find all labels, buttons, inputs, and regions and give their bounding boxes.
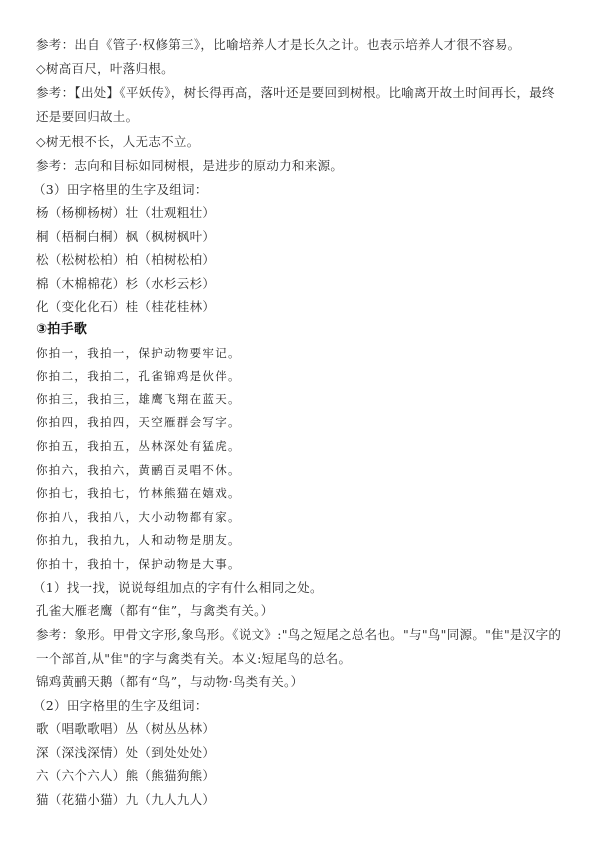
proverb-line: ◇树高百尺，叶落归根。: [36, 61, 174, 77]
section-title: （3）田字格里的生字及组词：: [33, 182, 208, 198]
song-verse: 你拍四，我拍四，天空雁群会写字。: [36, 414, 241, 430]
song-verse: 你拍八，我拍八，大小动物都有家。: [36, 509, 241, 525]
song-verse: 你拍一，我拍一，保护动物要牢记。: [36, 345, 241, 361]
vocab-item: 歌（唱歌歌唱）丛（树丛丛林）: [36, 721, 215, 737]
reference-text: 参考：【出处】《平妖传》，树长得再高，落叶还是要回到树根。比喻离开故土时间再长，…: [36, 81, 566, 128]
word-group: 孔雀大雁老鹰（都有“隹”，与禽类有关。）: [36, 603, 274, 619]
proverb-line: ◇树无根不长，人无志不立。: [36, 134, 200, 150]
song-verse: 你拍五，我拍五，丛林深处有猛虎。: [36, 438, 241, 454]
vocab-item: 化（变化化石）桂（桂花桂林）: [36, 299, 215, 315]
document-page: 参考：出自《管子·权修第三》，比喻培养人才是长久之计。也表示培养人才很不容易。 …: [0, 0, 596, 842]
vocab-item: 深（深浅深情）处（到处处处）: [36, 745, 215, 761]
word-group: 锦鸡黄鹂天鹅（都有“鸟”，与动物·鸟类有关。）: [36, 674, 303, 690]
vocab-item: 猫（花猫小猫）九（九人九人）: [36, 792, 215, 808]
vocab-item: 杨（杨柳杨树）壮（壮观粗壮）: [36, 205, 215, 221]
song-verse: 你拍二，我拍二，孔雀锦鸡是伙伴。: [36, 368, 241, 384]
song-verse: 你拍三，我拍三，雄鹰飞翔在蓝天。: [36, 391, 241, 407]
vocab-item: 松（松树松柏）柏（柏树松柏）: [36, 252, 215, 268]
song-heading: ③拍手歌: [36, 322, 87, 338]
song-verse: 你拍九，我拍九，人和动物是朋友。: [36, 532, 241, 548]
vocab-item: 六（六个六人）熊（熊猫狗熊）: [36, 768, 215, 784]
exercise-title: （2）田字格里的生字及组词：: [33, 698, 208, 714]
reference-text: 参考：出自《管子·权修第三》，比喻培养人才是长久之计。也表示培养人才很不容易。: [36, 37, 520, 53]
reference-text: 参考：象形。甲骨文字形,象鸟形。《说文》:"鸟之短尾之总名也。"与"鸟"同源。"…: [36, 623, 566, 670]
song-verse: 你拍十，我拍十，保护动物是大事。: [36, 556, 241, 572]
vocab-item: 桐（梧桐白桐）枫（枫树枫叶）: [36, 229, 215, 245]
vocab-item: 棉（木棉棉花）杉（水杉云杉）: [36, 276, 215, 292]
reference-text: 参考：志向和目标如同树根，是进步的原动力和来源。: [36, 158, 343, 174]
song-verse: 你拍七，我拍七，竹林熊猫在嬉戏。: [36, 485, 241, 501]
exercise-title: （1）找一找，说说每组加点的字有什么相同之处。: [33, 580, 323, 596]
song-verse: 你拍六，我拍六，黄鹂百灵唱不休。: [36, 462, 241, 478]
